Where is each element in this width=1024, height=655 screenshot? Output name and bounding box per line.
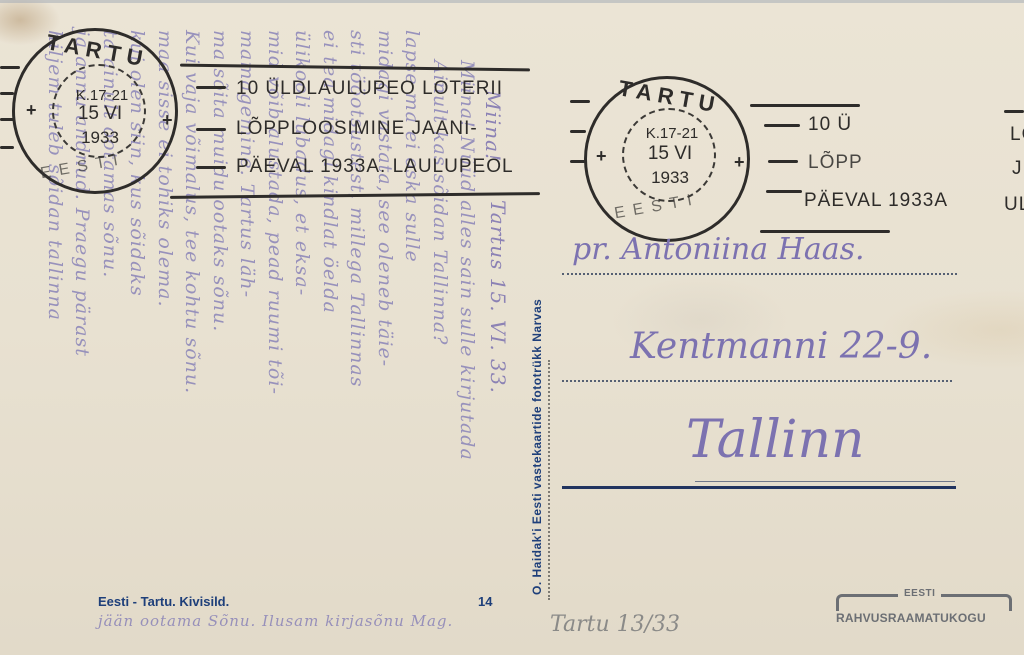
- publisher-imprint: O. Haidak'i Eesti vastekaartide fototrük…: [530, 299, 544, 595]
- slogan-line-1: 10 ÜLDLAULUPEO LOTERII: [236, 78, 503, 100]
- address-rule-2: [562, 380, 952, 382]
- divider-line: [548, 360, 550, 600]
- postmark-date: 15 VI: [60, 104, 140, 124]
- address-recipient: pr. Antoniina Haas.: [572, 232, 865, 267]
- message-salutation: Miina!: [481, 90, 505, 162]
- slogan-line-3: PÄEVAL 1933A. LAULUPEOL: [236, 156, 514, 178]
- slogan3-line-2: J: [1012, 158, 1023, 180]
- message-line: Ainult kas sõidan Tallinna?: [429, 60, 451, 345]
- pencil-note: Tartu 13/33: [550, 612, 680, 637]
- plus-mark-icon: +: [26, 100, 37, 121]
- address-city: Tallinn: [686, 410, 865, 470]
- postcard-reverse: Miina! Nüüd alles sain sulle kirjutadaAi…: [0, 0, 1024, 655]
- stamp-name: RAHVUSRAAMATUKOGU: [836, 611, 986, 625]
- slogan-line-2: LÕPPLOOSIMINE JAANI-: [236, 118, 478, 140]
- plus-mark-icon: +: [734, 152, 745, 173]
- message-signature: jään ootama Sõnu. Ilusam kirjasõnu Mag.: [98, 612, 453, 630]
- message-dateline: Tartus 15. VI. 33.: [486, 200, 510, 394]
- stamp-top-label: EESTI: [898, 588, 941, 599]
- slogan3-line-1: LO: [1010, 124, 1024, 146]
- message-line: Kui vaja võimalus, tee kohtu sõnu.: [181, 30, 203, 394]
- postmark-time: K.17-21: [632, 124, 712, 144]
- postmark-date: 15 VI: [630, 144, 710, 164]
- card-number: 14: [478, 594, 492, 609]
- message-line: ma sõita muidu ootaks sõnu.: [209, 30, 231, 332]
- plus-mark-icon: +: [596, 146, 607, 167]
- library-stamp: EESTI RAHVUSRAAMATUKOGU: [836, 592, 1008, 632]
- scan-edge: [0, 0, 1024, 3]
- message-line: lapse ma ei oska sulle: [401, 30, 423, 263]
- slogan2-line-3: PÄEVAL 1933A: [804, 190, 948, 212]
- slogan2-line-1: 10 Ü: [808, 114, 852, 136]
- slogan2-line-2: LÕPP: [808, 152, 863, 174]
- plus-mark-icon: +: [162, 110, 173, 131]
- address-street: Kentmanni 22-9.: [630, 326, 932, 367]
- slogan3-line-3: UL: [1004, 194, 1024, 216]
- image-caption: Eesti - Tartu. Kivisild.: [98, 594, 229, 609]
- address-rule-1: [562, 273, 957, 275]
- postmark-year: 1933: [630, 168, 710, 188]
- address-rule-3: [562, 486, 956, 489]
- address-rule-3a: [695, 481, 955, 482]
- postmark-year: 1933: [60, 128, 140, 148]
